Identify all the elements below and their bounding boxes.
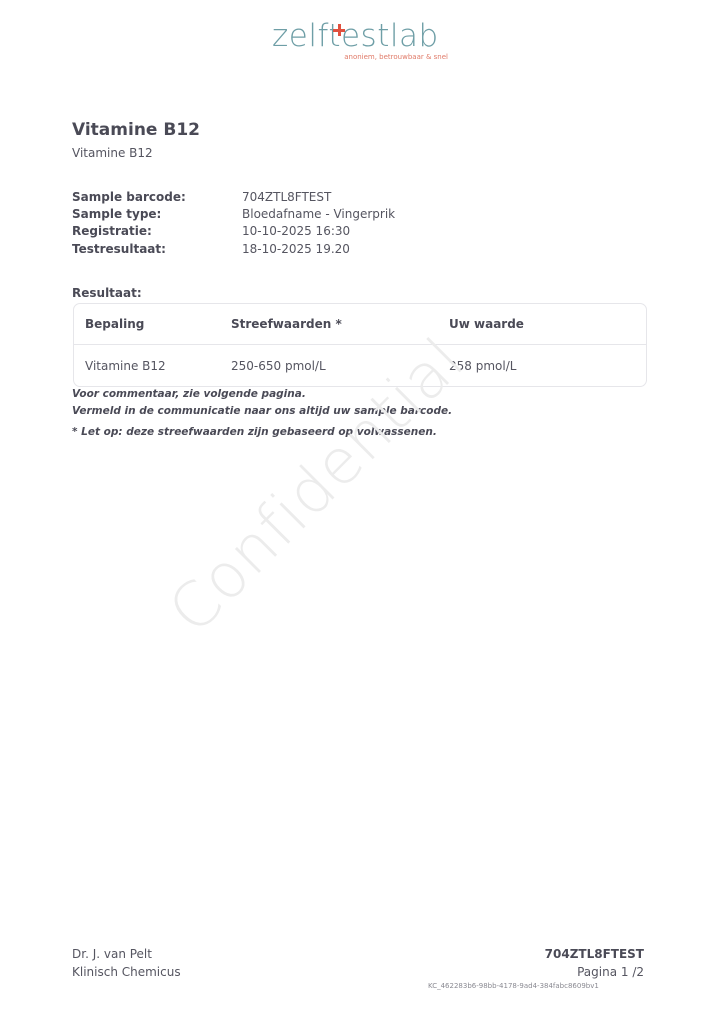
info-row-barcode: Sample barcode: 704ZTL8FTEST xyxy=(72,188,395,205)
info-value: 704ZTL8FTEST xyxy=(242,190,331,204)
brand-logo: zelftestlab anoniem, betrouwbaar & snel xyxy=(272,18,452,54)
info-value: 18-10-2025 19.20 xyxy=(242,242,350,256)
header-streefwaarden: Streefwaarden * xyxy=(231,317,449,331)
table-row: Vitamine B12 250-650 pmol/L 258 pmol/L xyxy=(74,345,646,386)
logo-tagline: anoniem, betrouwbaar & snel xyxy=(344,53,448,61)
footer-meta: 704ZTL8FTEST Pagina 1 /2 xyxy=(545,946,644,981)
document-id: KC_462283b6-98bb-4178-9ad4-384fabc8609bv… xyxy=(428,982,599,990)
info-row-testresultaat: Testresultaat: 18-10-2025 19.20 xyxy=(72,240,395,257)
logo-prefix: zelf xyxy=(272,18,328,54)
info-value: Bloedafname - Vingerprik xyxy=(242,207,395,221)
signer-title: Klinisch Chemicus xyxy=(72,964,181,982)
logo-wordmark: zelftestlab xyxy=(272,18,452,54)
page-number: Pagina 1 /2 xyxy=(545,964,644,982)
signature-block: Dr. J. van Pelt Klinisch Chemicus xyxy=(72,946,181,981)
result-heading: Resultaat: xyxy=(72,286,142,300)
signer-name: Dr. J. van Pelt xyxy=(72,946,181,964)
header-bepaling: Bepaling xyxy=(74,317,231,331)
logo-suffix: estlab xyxy=(341,18,439,54)
info-row-sample-type: Sample type: Bloedafname - Vingerprik xyxy=(72,205,395,222)
header-uw-waarde: Uw waarde xyxy=(449,317,646,331)
table-header-row: Bepaling Streefwaarden * Uw waarde xyxy=(74,304,646,345)
sample-info: Sample barcode: 704ZTL8FTEST Sample type… xyxy=(72,188,395,257)
info-value: 10-10-2025 16:30 xyxy=(242,224,350,238)
info-label: Registratie: xyxy=(72,224,242,238)
info-label: Testresultaat: xyxy=(72,242,242,256)
info-row-registratie: Registratie: 10-10-2025 16:30 xyxy=(72,223,395,240)
page-title: Vitamine B12 xyxy=(72,120,200,140)
cell-bepaling: Vitamine B12 xyxy=(74,359,231,373)
plus-icon xyxy=(333,24,345,36)
result-table: Bepaling Streefwaarden * Uw waarde Vitam… xyxy=(73,303,647,387)
page-subtitle: Vitamine B12 xyxy=(72,146,153,160)
cell-uw-waarde: 258 pmol/L xyxy=(449,359,646,373)
info-label: Sample type: xyxy=(72,207,242,221)
info-label: Sample barcode: xyxy=(72,190,242,204)
footer-barcode: 704ZTL8FTEST xyxy=(545,946,644,964)
